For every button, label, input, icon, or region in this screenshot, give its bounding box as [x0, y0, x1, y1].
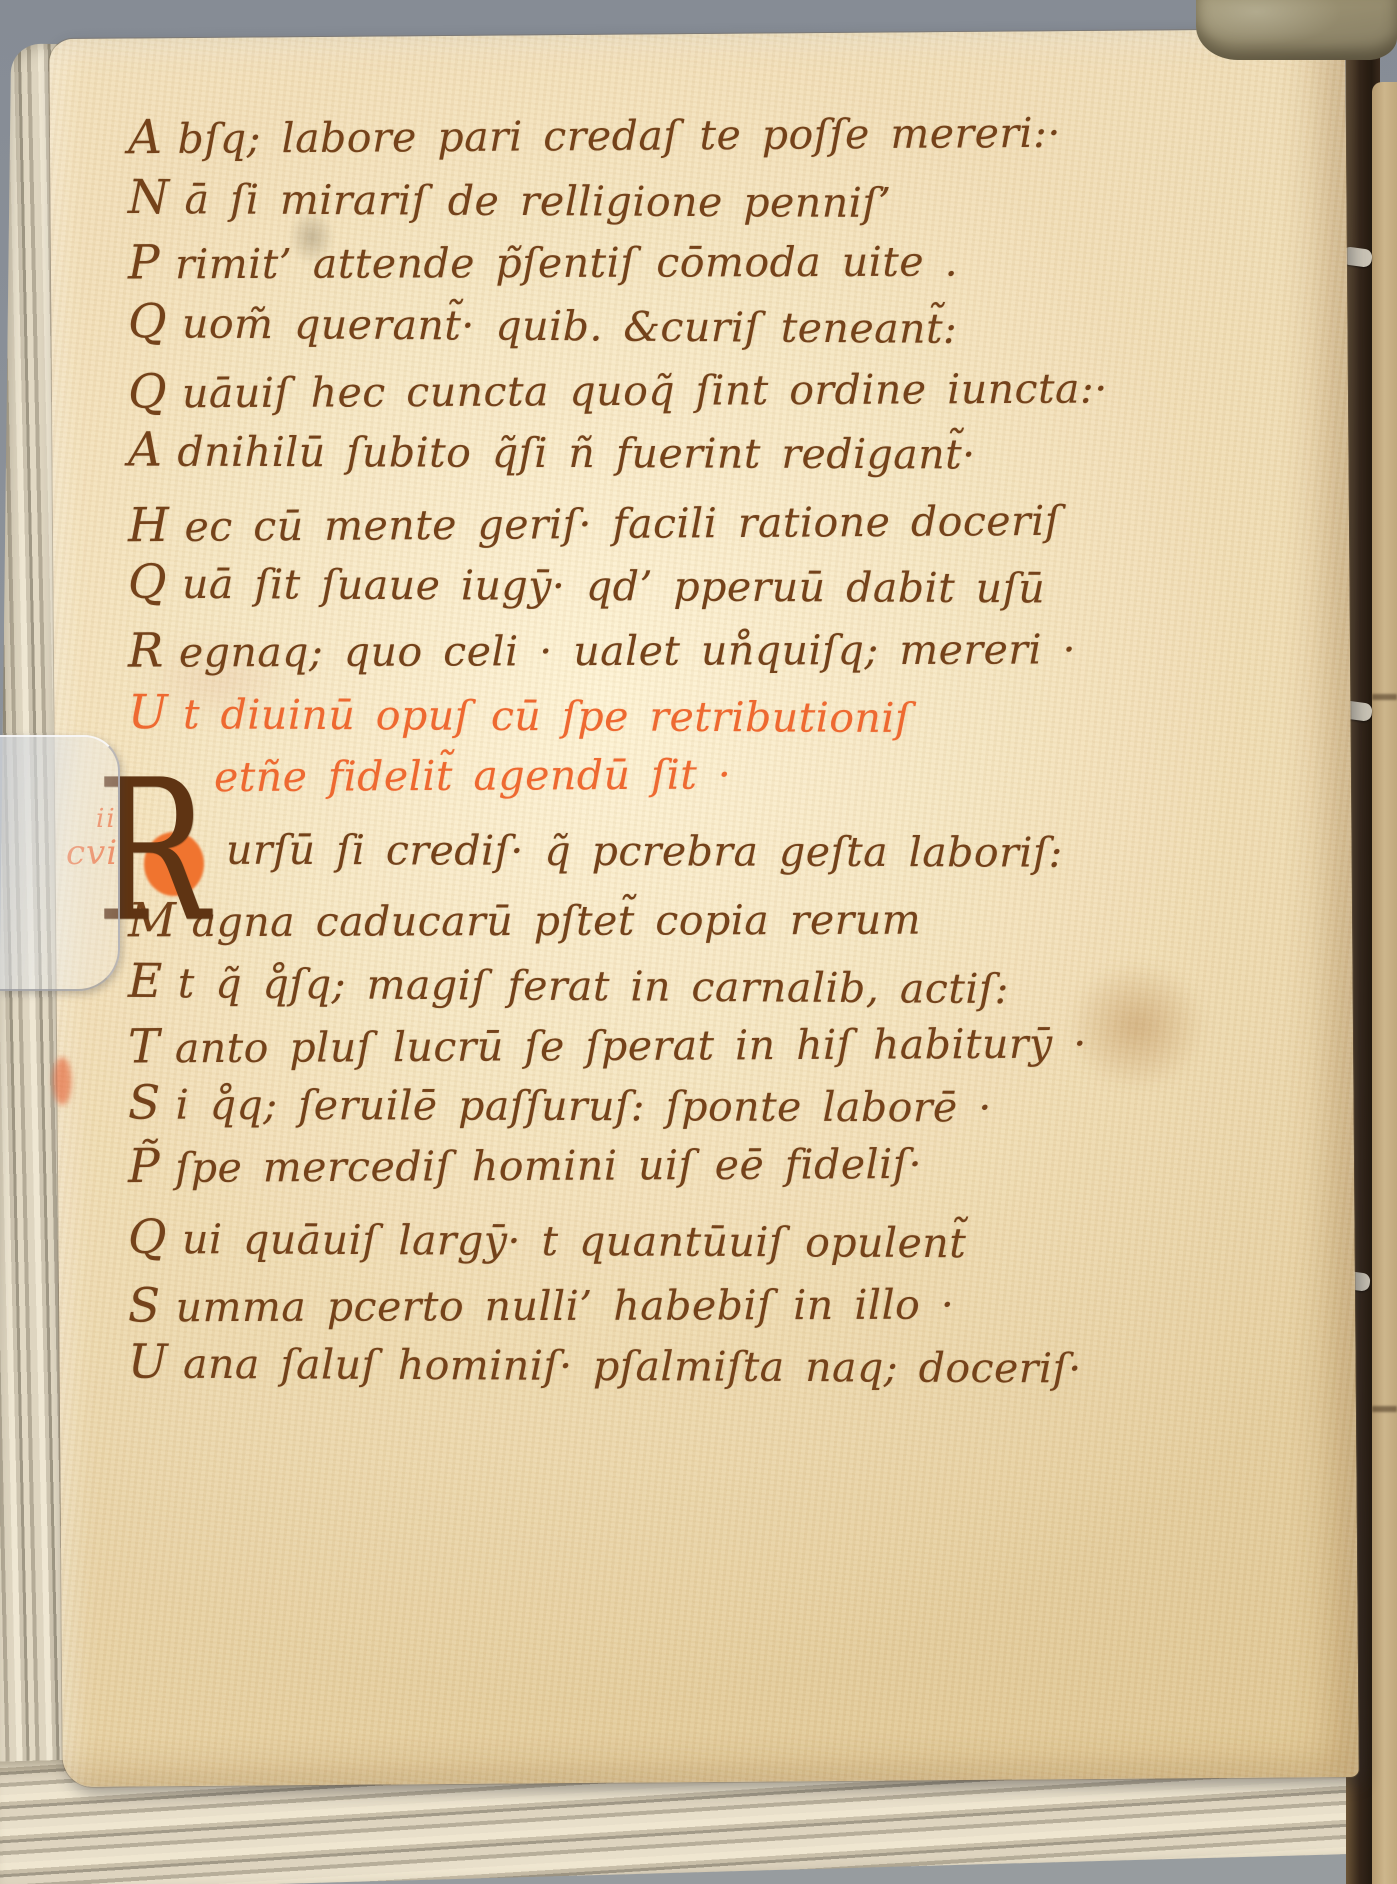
clasp-remnant — [1196, 0, 1397, 60]
ink-smudge — [1066, 960, 1207, 1091]
verse-text: anto pluſ lucrū ſe ſperat in hiſ habitur… — [175, 1019, 1087, 1072]
manuscript-line: Nā ſi mirariſ de relligione penniſ’ — [128, 174, 892, 225]
verse-initial: T — [128, 1023, 160, 1070]
verse-initial: Q — [128, 1214, 167, 1261]
manuscript-line: Hec cū mente geriſ· facili ratione docer… — [128, 496, 1061, 550]
verse-text: t q̃ q̊ſq; magiſ ferat in carnalib, acti… — [178, 959, 1009, 1013]
verse-text: ā ſi mirariſ de relligione penniſ’ — [184, 175, 891, 227]
verse-text: rimit’ attende p̃ſentiſ cōmoda uite . — [175, 238, 958, 289]
verse-text: etñe fidelit̃ agendū ſit · — [214, 750, 732, 801]
verse-initial: P̃ — [128, 1143, 160, 1190]
verse-text: urſū ſi crediſ· q̃ pcrebra geſta laboriſ… — [226, 826, 1063, 877]
manuscript-line: Quāuiſ hec cuncta quoq̃ ſint ordine iunc… — [128, 363, 1108, 415]
leaf-crack — [1372, 694, 1397, 700]
verse-initial: U — [128, 689, 168, 736]
manuscript-line: Si q̊q; ſeruilē paſſuruſ: ſponte laborē … — [128, 1079, 992, 1129]
manuscript-line: Qui quāuiſ largȳ· t quantūuiſ opulent̃ — [128, 1214, 967, 1265]
verse-initial: A — [128, 114, 163, 161]
manuscript-line: Uana ſaluſ hominiſ· pſalmiſta naq; docer… — [128, 1339, 1082, 1391]
manuscript-line: Regnaq; quo celi · ualet un̊quiſq; merer… — [128, 624, 1076, 674]
verse-initial: H — [128, 502, 170, 549]
verse-initial: N — [128, 174, 170, 221]
verse-initial: Q — [128, 298, 167, 345]
verse-text: egnaq; quo celi · ualet un̊quiſq; mereri… — [179, 625, 1076, 676]
bookmark-tab — [0, 735, 120, 991]
verse-initial: Q — [128, 559, 167, 606]
verse-text: i q̊q; ſeruilē paſſuruſ: ſponte laborē · — [176, 1081, 992, 1132]
manuscript-line: P̃ſpe mercediſ homini uiſ eē fideliſ· — [128, 1139, 922, 1190]
verse-initial: P — [128, 239, 160, 286]
manuscript-line: urſū ſi crediſ· q̃ pcrebra geſta laboriſ… — [128, 829, 1063, 873]
verse-text: t diuinū opuſ cū ſpe retributioniſ — [183, 690, 911, 742]
verse-text: ec cū mente geriſ· facili ratione doceri… — [184, 497, 1060, 551]
verse-initial: Q — [128, 368, 167, 415]
verse-initial: U — [128, 1339, 168, 1386]
verse-initial: A — [128, 427, 163, 474]
verse-text: bſq; labore pari credaſ te poſſe mereri:… — [177, 109, 1061, 163]
manuscript-line: Tanto pluſ lucrū ſe ſperat in hiſ habitu… — [128, 1018, 1087, 1070]
manuscript-line: Quā ſit ſuaue iugȳ· qd’ pperuū dabit uſū — [128, 559, 1045, 611]
verse-initial: S — [128, 1282, 161, 1329]
initial-R: R — [96, 796, 266, 1006]
verse-text: dnihilū ſubito q̃ſi ñ fuerint redigant̃· — [177, 428, 975, 479]
leaf-crack — [1372, 1406, 1397, 1412]
verse-text: uā ſit ſuaue iugȳ· qd’ pperuū dabit uſū — [182, 560, 1045, 613]
verse-text: uom̃ querant̃· quib. &curiſ teneant̃: — [182, 299, 958, 352]
facing-leaf-edge — [1372, 82, 1397, 1884]
manuscript-line: Adnihilū ſubito q̃ſi ñ fuerint redigant̃… — [128, 427, 976, 477]
verse-initial: S — [128, 1079, 161, 1126]
verse-text: agna caducarū pſtet̃ copia rerum — [192, 896, 922, 947]
verse-initial: R — [128, 628, 164, 675]
manuscript-line: Quom̃ querant̃· quib. &curiſ teneant̃: — [128, 298, 958, 351]
manuscript-line: Primit’ attende p̃ſentiſ cōmoda uite . — [128, 237, 958, 287]
verse-text: ſpe mercediſ homini uiſ eē fideliſ· — [175, 1140, 922, 1192]
verse-text: ana ſaluſ hominiſ· pſalmiſta naq; doceri… — [183, 1340, 1082, 1393]
verse-text: umma pcerto nulli’ habebiſ in illo · — [176, 1281, 955, 1332]
manuscript-line: etñe fidelit̃ agendū ſit · — [128, 754, 732, 798]
manuscript-line: Summa pcerto nulli’ habebiſ in illo · — [128, 1280, 955, 1330]
manuscript-line: Abſq; labore pari credaſ te poſſe mereri… — [128, 108, 1061, 162]
verse-text: uāuiſ hec cuncta quoq̃ ſint ordine iunct… — [182, 364, 1108, 417]
verse-text: ui quāuiſ largȳ· t quantūuiſ opulent̃ — [182, 1215, 966, 1267]
manuscript-line: Ut diuinū opuſ cū ſpe retributioniſ — [128, 689, 911, 740]
